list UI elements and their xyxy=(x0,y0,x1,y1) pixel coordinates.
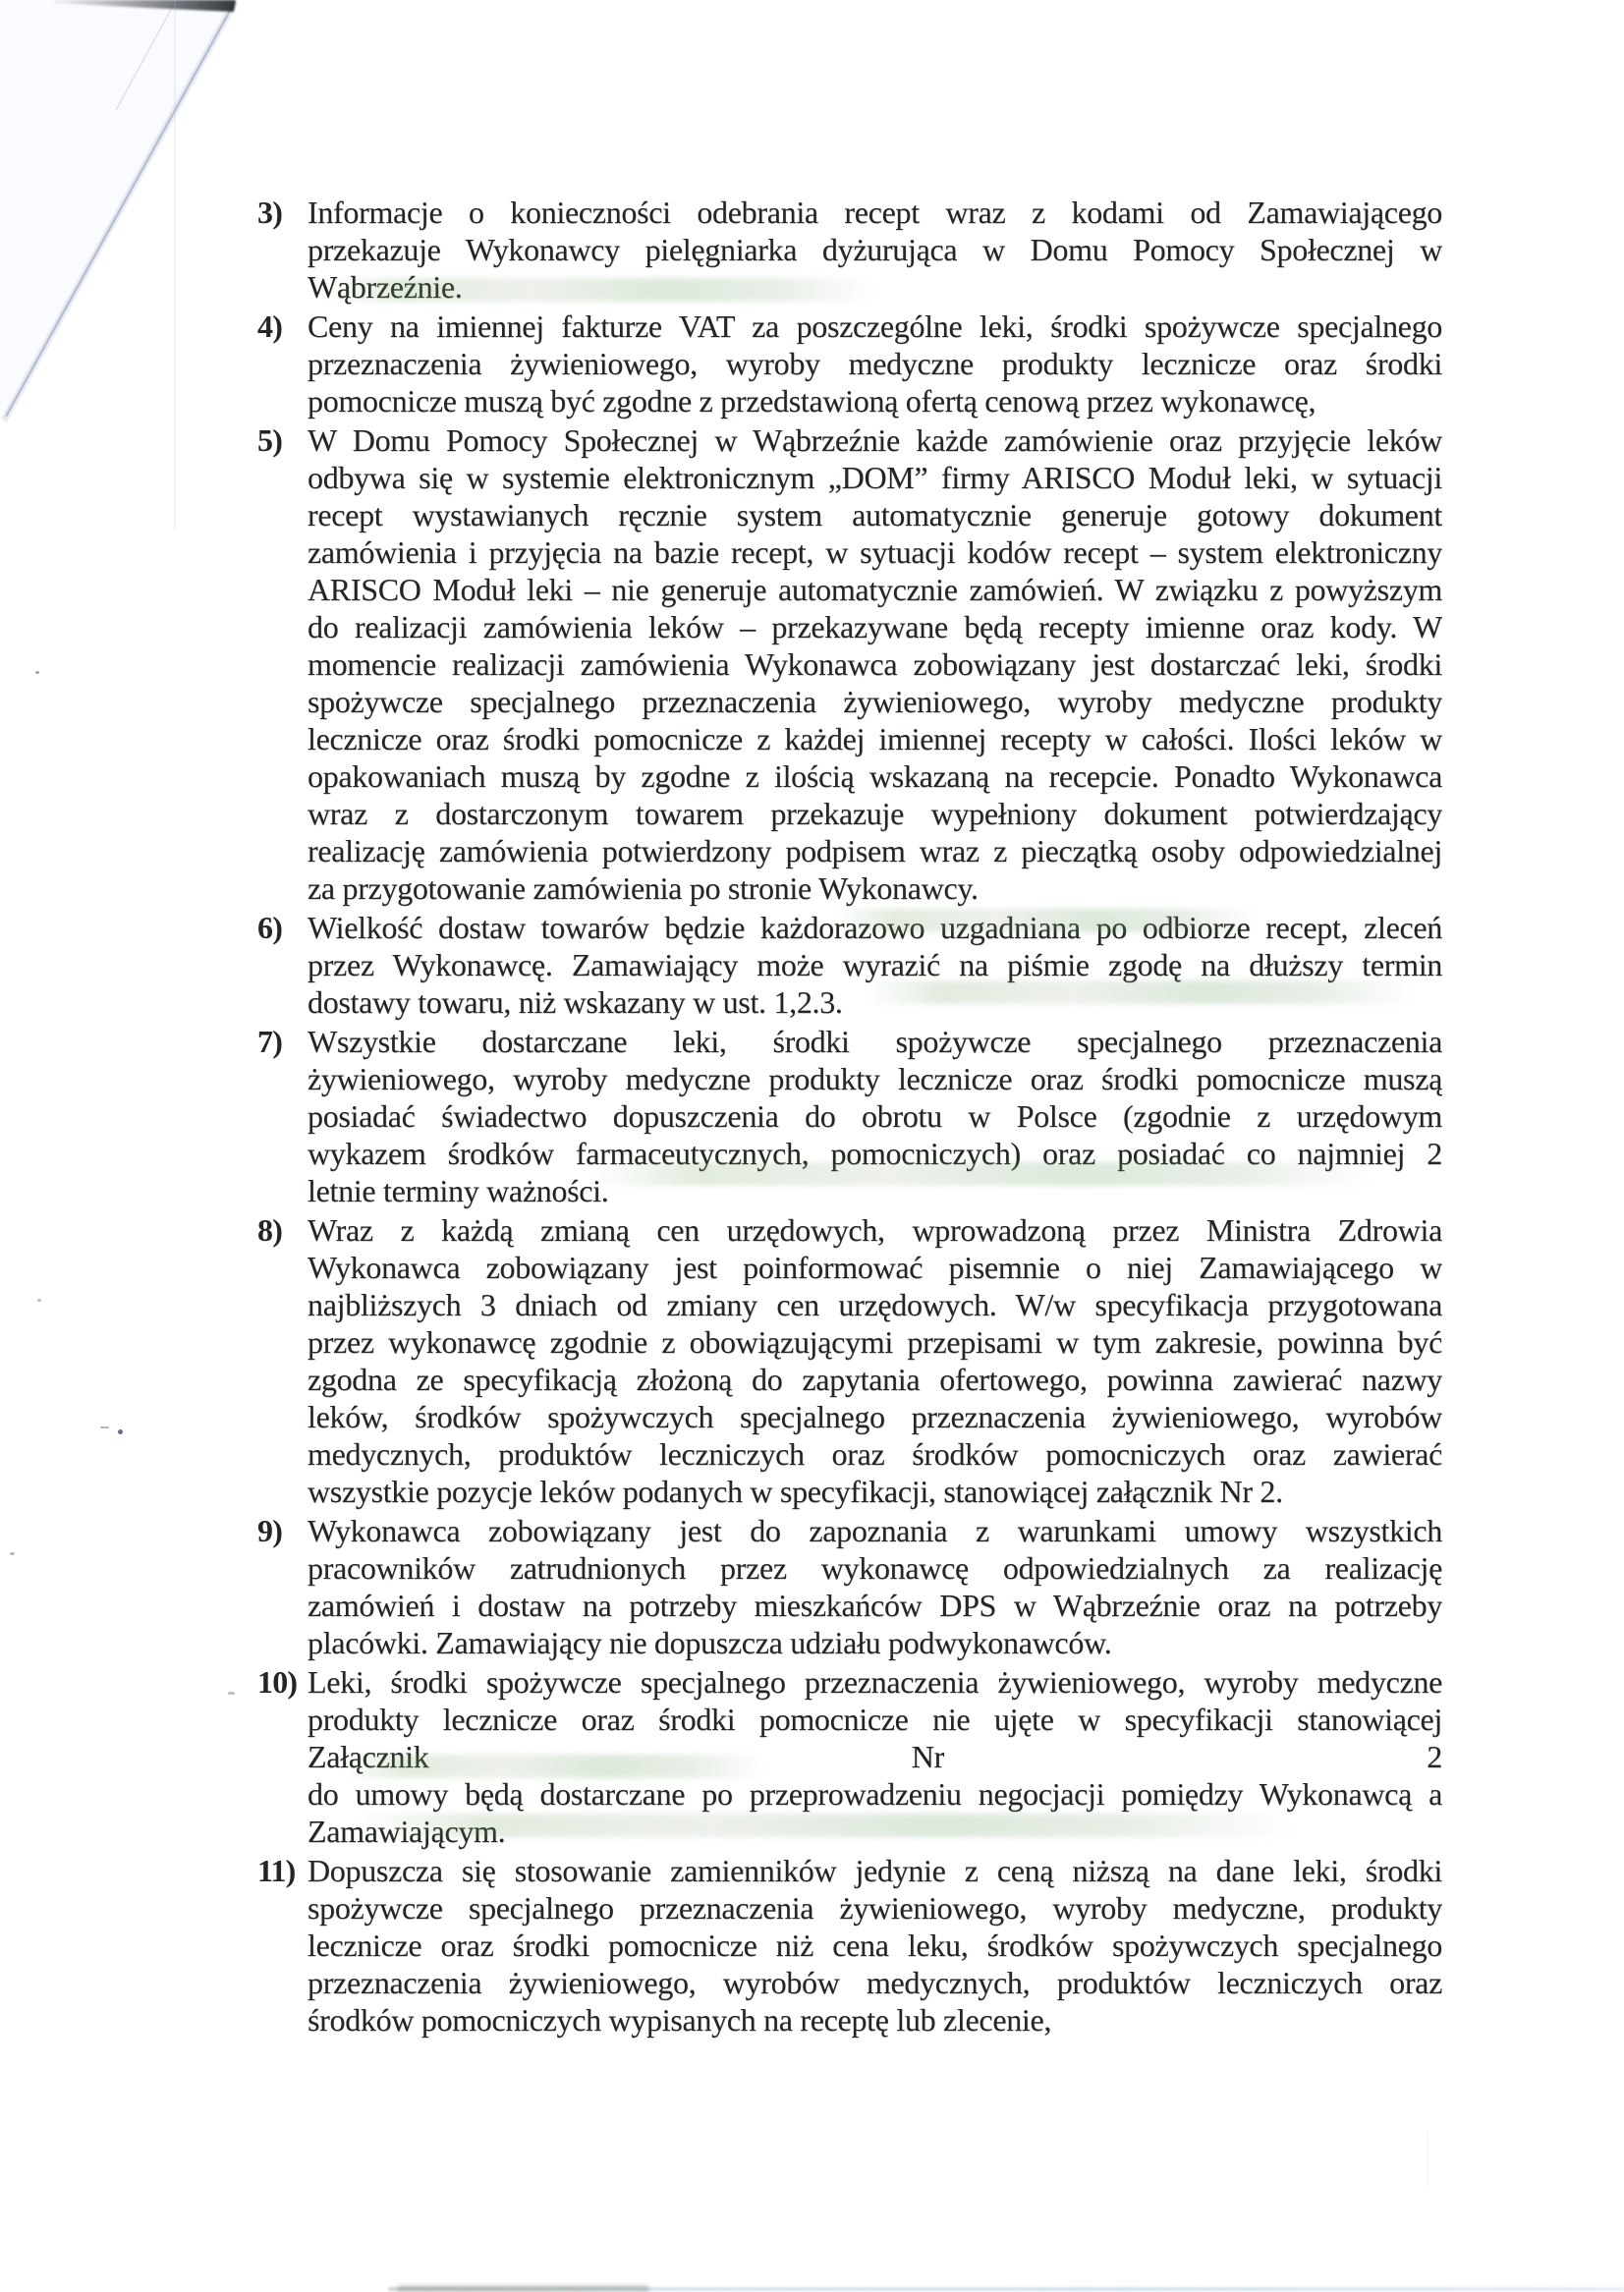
text-line: produkty lecznicze oraz środki pomocnicz… xyxy=(308,1701,1442,1738)
text-line: Wykonawca zobowiązany jest poinformować … xyxy=(308,1249,1442,1286)
item-number: 10) xyxy=(257,1663,297,1701)
text-line: lecznicze oraz środki pomocnicze z każde… xyxy=(308,720,1442,757)
text-line: Informacje o konieczności odebrania rece… xyxy=(308,194,1442,231)
text-line: posiadać świadectwo dopuszczenia do obro… xyxy=(308,1097,1442,1135)
folded-corner-area xyxy=(0,0,234,413)
text-line: Leki, środki spożywcze specjalnego przez… xyxy=(308,1663,1442,1701)
text-line: medycznych, produktów leczniczych oraz ś… xyxy=(308,1435,1442,1473)
text-line: W Domu Pomocy Społecznej w Wąbrzeźnie ka… xyxy=(308,421,1442,459)
item-number: 9) xyxy=(257,1512,282,1549)
text-line: spożywcze specjalnego przeznaczenia żywi… xyxy=(308,1889,1442,1927)
text-line: momencie realizacji zamówienia Wykonawca… xyxy=(308,645,1442,683)
scanned-page: 3) Informacje o konieczności odebrania r… xyxy=(0,0,1624,2292)
top-edge-shadow xyxy=(54,0,236,12)
text-line: przez Wykonawcę. Zamawiający może wyrazi… xyxy=(308,946,1442,983)
fold-crease-glow xyxy=(4,2,235,420)
bleedthrough-smudge xyxy=(835,909,1258,932)
bleedthrough-smudge xyxy=(324,278,874,302)
text-line: do umowy będą dostarczane po przeprowadz… xyxy=(308,1775,1442,1813)
text-line: zamówień i dostaw na potrzeby mieszkańcó… xyxy=(308,1587,1442,1624)
text-line: opakowaniach muszą by zgodne z ilością w… xyxy=(308,757,1442,795)
text-line: zgodna ze specyfikacją złożoną do zapyta… xyxy=(308,1361,1442,1398)
scan-speck xyxy=(37,1299,41,1302)
item-number: 8) xyxy=(257,1211,282,1249)
list-item-9: 9) Wykonawca zobowiązany jest do zapozna… xyxy=(257,1512,1442,1661)
text-line: pracowników zatrudnionych przez wykonawc… xyxy=(308,1549,1442,1587)
text-line: przeznaczenia żywieniowego, wyroby medyc… xyxy=(308,345,1442,382)
list-item-11: 11) Dopuszcza się stosowanie zamienników… xyxy=(257,1852,1442,2039)
list-item-4: 4) Ceny na imiennej fakturze VAT za posz… xyxy=(257,307,1442,419)
list-item-5: 5) W Domu Pomocy Społecznej w Wąbrzeźnie… xyxy=(257,421,1442,907)
text-line: odbywa się w systemie elektronicznym „DO… xyxy=(308,459,1442,496)
text-line: przekazuje Wykonawcy pielęgniarka dyżuru… xyxy=(308,231,1442,268)
item-number: 11) xyxy=(257,1852,296,1889)
item-number: 4) xyxy=(257,307,282,345)
text-line: wraz z dostarczonym towarem przekazuje w… xyxy=(308,795,1442,832)
secondary-crease-line xyxy=(116,6,173,110)
text-line: przeznaczenia żywieniowego, wyrobów medy… xyxy=(308,1964,1442,2001)
text-line: wszystkie pozycje leków podanych w specy… xyxy=(308,1473,1442,1510)
scan-speck xyxy=(118,1429,123,1434)
text-line: żywieniowego, wyroby medyczne produkty l… xyxy=(308,1060,1442,1097)
text-line: recept wystawianych ręcznie system autom… xyxy=(308,496,1442,533)
scanner-streak xyxy=(1427,2132,1428,2186)
bleedthrough-smudge xyxy=(344,1755,766,1778)
text-line: placówki. Zamawiający nie dopuszcza udzi… xyxy=(308,1624,1442,1661)
text-line: do realizacji zamówienia leków – przekaz… xyxy=(308,608,1442,645)
text-line: Dopuszcza się stosowanie zamienników jed… xyxy=(308,1852,1442,1889)
item-number: 5) xyxy=(257,421,282,459)
text-line: za przygotowanie zamówienia po stronie W… xyxy=(308,869,1442,907)
text-line: środków pomocniczych wypisanych na recep… xyxy=(308,2001,1442,2039)
item-number: 6) xyxy=(257,909,282,946)
text-line: zamówienia i przyjęcia na bazie recept, … xyxy=(308,533,1442,571)
text-line: realizację zamówienia potwierdzony podpi… xyxy=(308,832,1442,869)
bottom-scan-smudge xyxy=(398,2285,648,2292)
text-line: leków, środków spożywczych specjalnego p… xyxy=(308,1398,1442,1435)
item-number: 3) xyxy=(257,194,282,231)
text-line: Wraz z każdą zmianą cen urzędowych, wpro… xyxy=(308,1211,1442,1249)
bleedthrough-smudge xyxy=(589,1162,1375,1186)
text-line: ARISCO Moduł leki – nie generuje automat… xyxy=(308,571,1442,608)
text-line: spożywcze specjalnego przeznaczenia żywi… xyxy=(308,683,1442,720)
text-line: Ceny na imiennej fakturze VAT za poszcze… xyxy=(308,307,1442,345)
bleedthrough-smudge xyxy=(865,980,1415,1004)
text-line: Wszystkie dostarczane leki, środki spoży… xyxy=(308,1023,1442,1060)
item-number: 7) xyxy=(257,1023,282,1060)
scan-speck xyxy=(10,1552,15,1555)
text-line: najbliższych 3 dniach od zmiany cen urzę… xyxy=(308,1286,1442,1323)
list-item-8: 8) Wraz z każdą zmianą cen urzędowych, w… xyxy=(257,1211,1442,1510)
scan-speck xyxy=(35,671,39,674)
text-line: pomocnicze muszą być zgodne z przedstawi… xyxy=(308,382,1442,419)
scan-speck xyxy=(228,1692,235,1695)
bleedthrough-smudge xyxy=(354,1814,1297,1837)
fold-crease-line xyxy=(6,2,235,417)
text-line: Wykonawca zobowiązany jest do zapoznania… xyxy=(308,1512,1442,1549)
scan-speck xyxy=(100,1426,109,1428)
text-line: lecznicze oraz środki pomocnicze niż cen… xyxy=(308,1927,1442,1964)
scanner-streak xyxy=(174,0,176,531)
text-line: przez wykonawcę zgodnie z obowiązującymi… xyxy=(308,1323,1442,1361)
